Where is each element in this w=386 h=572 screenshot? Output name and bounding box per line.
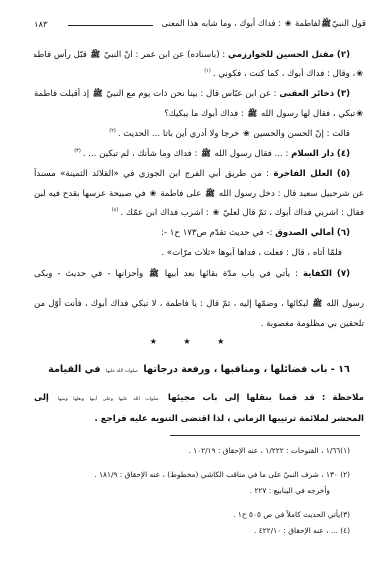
item4-text: : ... فقال رسول الله — [215, 149, 289, 159]
item5-line2: عن شرحبيل سعيد قال : دخل رسول الله ﷺ على… — [34, 188, 364, 200]
chapter-title-end: في القيامة — [48, 364, 100, 375]
item5-text-line2-end: في صبيحة عرسها بقدح فيه لبن — [34, 189, 146, 199]
fatima-honorific-icon: ❀ — [356, 108, 363, 120]
item2-text: : (باسناده) عن ابن عمر : انّ النبيّ — [104, 50, 225, 60]
prophet-honorific-icon: ﷺ — [248, 108, 258, 120]
item6-line1: (٦) أمالي الصدوق :- في حديث تقدّم ص١٧٣ ح… — [34, 227, 350, 239]
item2-text-line2: ، وقال : فداك أبوك ، كما كنت ، فكوني . — [213, 69, 355, 79]
footnote-3: (٣)يأتي الحديث كاملاً في ص ٥٠٥ ح١ . — [233, 510, 350, 520]
item3-text-end: إذ أقبلت فاطمة — [34, 89, 89, 99]
footnote-ref-3[interactable]: (٣) — [74, 148, 81, 154]
item2-line2: ❀، وقال : فداك أبوك ، كما كنت ، فكوني .(… — [34, 68, 364, 80]
item3-text-line3-end: خرجا ولا أدري أين باتا ... الحديث . — [118, 129, 239, 139]
prophet-honorific-icon: ﷺ — [201, 148, 211, 160]
header-title: قول النبيّﷺلفاطمة ❀ : فداك أبوك ، وما شا… — [161, 18, 366, 30]
header-title-part2: لفاطمة — [295, 18, 320, 28]
item4-line: (٤) دار السلام : ... فقال رسول الله ﷺ : … — [34, 148, 350, 160]
item7-text: : يأتي في باب مدّة بقائها بعد أبيها — [165, 269, 298, 279]
item7-number: (٧) — [337, 269, 350, 279]
peace-honorific-icon: ❀ — [213, 207, 220, 219]
item6-number: (٦) — [337, 228, 350, 238]
prophet-honorific-icon: ﷺ — [91, 49, 101, 61]
item5-text-line2-mid: على فاطمة — [160, 189, 201, 199]
item7-text-line3: تلحقين بي مظلومة مغصوبة . — [261, 319, 364, 329]
fatima-honorific-icon: ❀ — [285, 19, 292, 28]
footnote-4: (٤) ... ، عنه الإحقاق : ٤٢٢/١٠ . — [254, 526, 350, 536]
chapter-title-honorific: صلوات الله عليها — [106, 369, 138, 374]
chapter-title-main: ١٦ - باب فضائلها ، ومناقبها ، ورفعة درجا… — [143, 364, 349, 375]
item6-text: :- في حديث تقدّم ص١٧٣ ح١ -: — [161, 228, 272, 238]
item5-text-line3-end: : اشرب فداك ابن عمّك . — [120, 208, 208, 218]
note-honorific: صلوات الله عليها وعلى أبيها وبعلها وبنيه… — [58, 397, 159, 402]
item2-text-end: قبّل رأس فاطمة — [34, 50, 87, 60]
item3-line3: قالت : إنّ الحسن والحسين ❀ خرجا ولا أدري… — [34, 128, 350, 140]
item7-line3: تلحقين بي مظلومة مغصوبة . — [34, 318, 364, 330]
footnote-rule — [170, 435, 360, 436]
item5-text: : من طريق أبي الفرج ابن الجوزي في «القلا… — [34, 169, 269, 179]
item4-source: دار السلام — [291, 149, 334, 159]
item6-source: أمالي الصدوق — [275, 228, 334, 238]
item7-text-line2-end: لبكائها ، وضمّها إليه ، ثمّ قال : يا فاط… — [34, 299, 308, 309]
footnote-ref-4[interactable]: (٤) — [112, 207, 119, 213]
fatima-honorific-icon: ❀ — [150, 188, 157, 200]
item7-source: الكفاية — [303, 269, 332, 279]
item7-line2: رسول الله ﷺ لبكائها ، وضمّها إليه ، ثمّ … — [34, 298, 364, 310]
peace-honorific-icon: ❀ — [243, 128, 250, 140]
fatima-honorific-icon: ❀ — [356, 68, 363, 80]
item2-line1: (٢) مقتل الحسين للخوارزمي : (باسناده) عن… — [34, 49, 350, 61]
item2-number: (٢) — [337, 50, 350, 60]
note-label: ملاحظة — [332, 393, 364, 403]
note-text-line2: المحشر لملائمة ترتيبها الزماني ، لذا اقت… — [94, 414, 364, 424]
item4-number: (٤) — [337, 149, 350, 159]
header-rule — [68, 25, 154, 26]
prophet-honorific-icon: ﷺ — [321, 18, 331, 30]
item7-text-end: وأحزانها - في حديث - وبكى — [34, 269, 143, 279]
section-separator-stars: ★ ★ ★ — [0, 337, 386, 346]
note-text-end: إلى — [34, 393, 49, 403]
header-title-part3: : فداك أبوك ، وما شابه هذا المعنى — [161, 18, 281, 28]
item6-text-line2: فلمّا أتاه ، قال : فعلت ، فداها أبوها «ث… — [161, 248, 342, 258]
book-page: قول النبيّﷺلفاطمة ❀ : فداك أبوك ، وما شا… — [0, 0, 386, 572]
prophet-honorific-icon: ﷺ — [149, 268, 159, 280]
prophet-honorific-icon: ﷺ — [313, 298, 323, 310]
item3-line2: ❀تبكي ، فقال لها رسول الله ﷺ : فداك أبوك… — [34, 108, 364, 120]
item5-source: العلل الفاخرة — [273, 169, 332, 179]
header-title-part1: قول النبيّ — [332, 18, 366, 28]
note-line1: ملاحظة : قد قمنا بنقلها إلى باب مجيئها ص… — [34, 392, 364, 406]
prophet-honorific-icon: ﷺ — [205, 188, 215, 200]
item3-line1: (٣) ذخائر العقبى : عن ابن عبّاس قال : بي… — [34, 88, 350, 100]
footnote-ref-1[interactable]: (١) — [204, 68, 211, 74]
item6-line2: فلمّا أتاه ، قال : فعلت ، فداها أبوها «ث… — [34, 247, 342, 259]
item2-source: مقتل الحسين للخوارزمي — [228, 50, 334, 60]
item3-number: (٣) — [337, 89, 350, 99]
footnote-2-continuation: وأخرجه في الينابيع : ٢٢٧ . — [250, 486, 330, 496]
item5-line3: فقال : اشربي فداك أبوك ، ثمّ قال لعليّ ❀… — [34, 207, 364, 219]
running-header: قول النبيّﷺلفاطمة ❀ : فداك أبوك ، وما شا… — [34, 17, 366, 31]
item3-text-line2-end: : فداك أبوك ما يبكيك؟ — [164, 109, 244, 119]
prophet-honorific-icon: ﷺ — [93, 88, 103, 100]
item3-source: ذخائر العقبى — [279, 89, 334, 99]
footnote-1: (١)١/٦٦ ، الفتوحات : ١/٢٢٢ ، عنه الإحقاق… — [188, 446, 350, 456]
item3-text-line2: تبكي ، فقال لها رسول الله — [261, 109, 355, 119]
item5-line1: (٥) العلل الفاخرة : من طريق أبي الفرج اب… — [34, 168, 350, 180]
footnote-2: (٢) ١٣٠ ، شرف النبيّ على ما في مناقب الك… — [94, 470, 350, 480]
item5-text-line2: عن شرحبيل سعيد قال : دخل رسول الله — [219, 189, 364, 199]
chapter-title: ١٦ - باب فضائلها ، ومناقبها ، ورفعة درجا… — [34, 364, 364, 375]
item5-number: (٥) — [337, 169, 350, 179]
item7-line1: (٧) الكفاية : يأتي في باب مدّة بقائها بع… — [34, 268, 350, 280]
note-line2: المحشر لملائمة ترتيبها الزماني ، لذا اقت… — [34, 413, 364, 425]
footnote-ref-2[interactable]: (٢) — [109, 128, 116, 134]
item5-text-line3: فقال : اشربي فداك أبوك ، ثمّ قال لعليّ — [223, 208, 364, 218]
item4-text-end: : فداك وما شأنك ، لم تبكين ... . — [83, 149, 198, 159]
item3-text: : عن ابن عبّاس قال : بينا نحن ذات يوم مع… — [106, 89, 276, 99]
note-text: : قد قمنا بنقلها إلى باب مجيئها — [168, 393, 325, 403]
page-number: ١٨٣ — [34, 19, 48, 29]
item7-text-line2: رسول الله — [326, 299, 364, 309]
item3-text-line3: قالت : إنّ الحسن والحسين — [253, 129, 350, 139]
